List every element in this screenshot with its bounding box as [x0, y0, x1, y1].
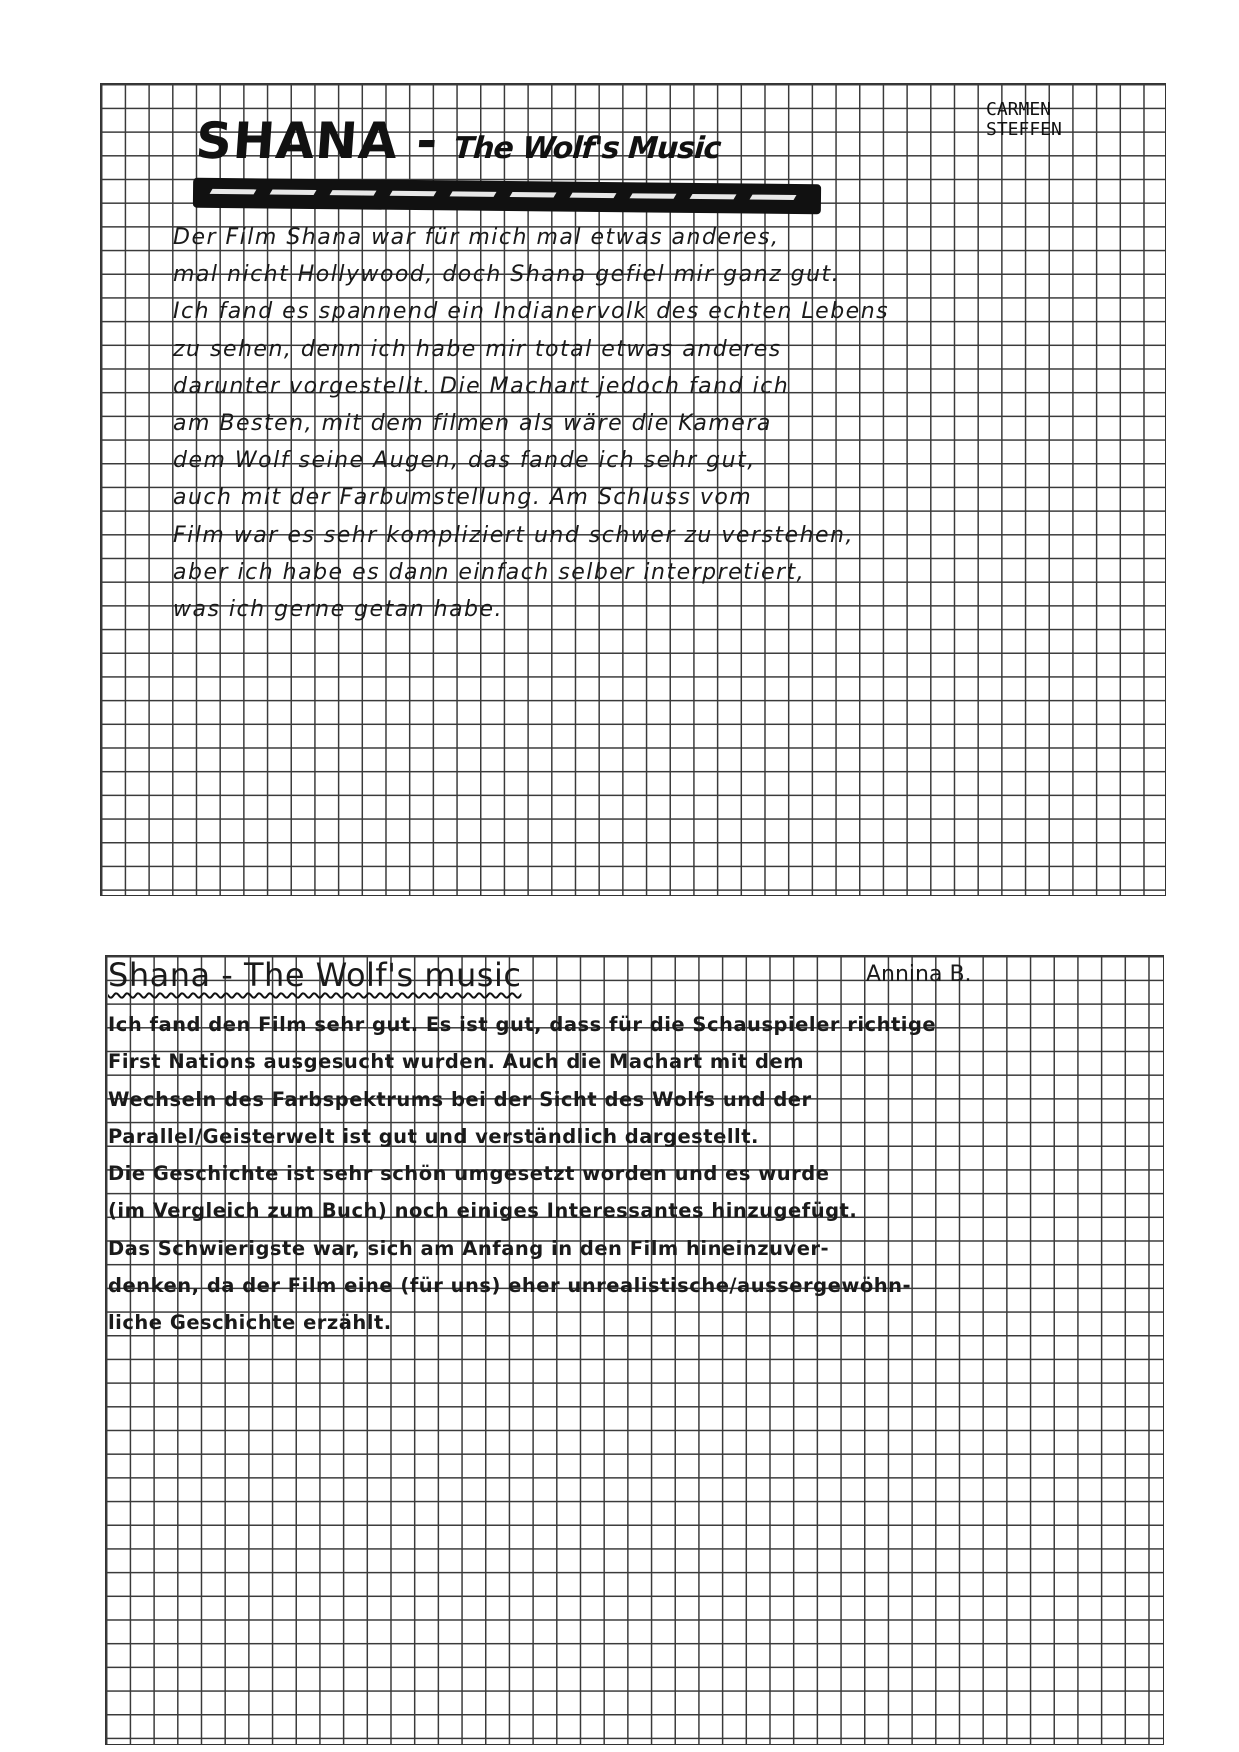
graph-paper-review-2: Shana - The Wolf's music Annina B. Ich f… [105, 955, 1164, 1745]
text-line: auch mit der Farbumstellung. Am Schluss … [173, 479, 1063, 516]
text-line: Das Schwierigste war, sich am Anfang in … [108, 1230, 1148, 1267]
review-1-author: CARMEN STEFFEN [986, 100, 1062, 140]
author-first-name: CARMEN [986, 100, 1062, 120]
text-line: zu sehen, denn ich habe mir total etwas … [173, 331, 1063, 368]
graph-paper-review-1: SHANA -The Wolf's Music CARMEN STEFFEN D… [100, 83, 1166, 896]
review-1-body: Der Film Shana war für mich mal etwas an… [173, 219, 1063, 628]
text-line: Der Film Shana war für mich mal etwas an… [173, 219, 1063, 256]
text-line: mal nicht Hollywood, doch Shana gefiel m… [173, 256, 1063, 293]
text-line: (im Vergleich zum Buch) noch einiges Int… [108, 1192, 1148, 1229]
review-1-title-sub: The Wolf's Music [453, 131, 722, 166]
text-line: Die Geschichte ist sehr schön umgesetzt … [108, 1155, 1148, 1192]
text-line: darunter vorgestellt. Die Machart jedoch… [173, 368, 1063, 405]
review-2-title: Shana - The Wolf's music [106, 956, 521, 994]
title-underline-bar [193, 178, 821, 215]
text-line: Wechseln des Farbspektrums bei der Sicht… [108, 1081, 1148, 1118]
text-line: Ich fand es spannend ein Indianervolk de… [173, 293, 1063, 330]
text-line: dem Wolf seine Augen, das fande ich sehr… [173, 442, 1063, 479]
review-2-body: Ich fand den Film sehr gut. Es ist gut, … [108, 1006, 1148, 1342]
review-1-title: SHANA -The Wolf's Music [194, 112, 723, 170]
text-line: Parallel/Geisterwelt ist gut und verstän… [108, 1118, 1148, 1155]
author-last-name: STEFFEN [986, 120, 1062, 140]
text-line: liche Geschichte erzählt. [108, 1304, 1148, 1341]
text-line: was ich gerne getan habe. [173, 591, 1063, 628]
text-line: am Besten, mit dem filmen als wäre die K… [173, 405, 1063, 442]
text-line: Ich fand den Film sehr gut. Es ist gut, … [108, 1006, 1148, 1043]
review-1-title-main: SHANA - [194, 112, 440, 170]
text-line: denken, da der Film eine (für uns) eher … [108, 1267, 1148, 1304]
review-2-author: Annina B. [866, 962, 972, 987]
text-line: First Nations ausgesucht wurden. Auch di… [108, 1043, 1148, 1080]
text-line: aber ich habe es dann einfach selber int… [173, 554, 1063, 591]
text-line: Film war es sehr kompliziert und schwer … [173, 517, 1063, 554]
